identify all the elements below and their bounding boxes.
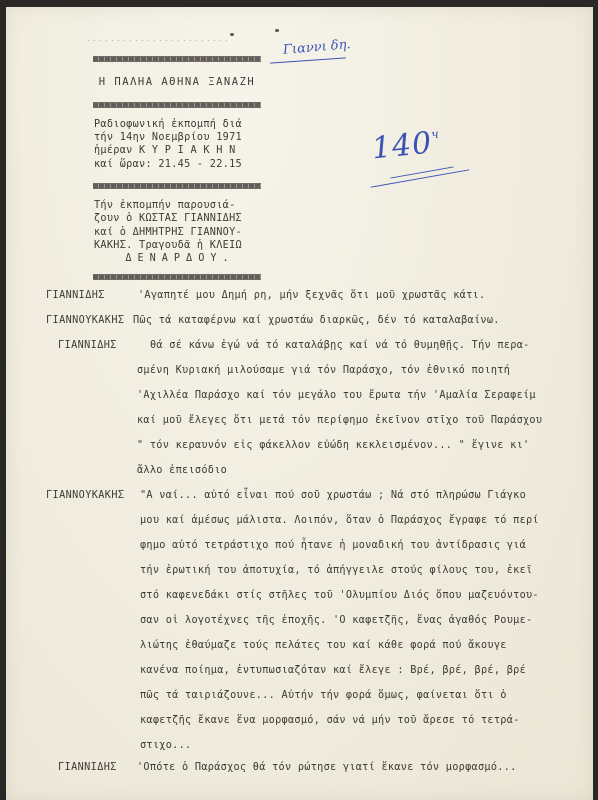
broadcast-details: Ραδιοφωνική ἐκπομπή διά τήν 14ην Νοεμβρί…: [88, 118, 266, 171]
broadcast-header: Η ΠΑΛΗΑ ΑΘΗΝΑ ΞΑΝΑΖΗ Ραδιοφωνική ἐκπομπή…: [88, 56, 266, 280]
speaker-label: ΓΙΑΝΝΙΔΗΣ: [46, 290, 105, 301]
dialogue-line: θά σέ κάνω ἐγώ νά τό καταλάβῃς καί νά τό…: [150, 340, 530, 351]
dialogue-line: 'Οπότε ὁ Παράσχος θά τόν ρώτησε γιατί ἔκ…: [137, 762, 517, 773]
dialogue-line: ἄλλο ἐπεισόδιο: [137, 465, 227, 476]
singer-name: ΔΕΝΑΡΔΟΥ.: [94, 252, 266, 265]
page-number-suffix: ч: [431, 126, 441, 141]
divider-rule: [93, 274, 261, 280]
dialogue-line: φημο αὐτό τετράστιχο πού ἦτανε ἡ μοναδικ…: [140, 540, 526, 551]
dialogue-line: καφετζῆς ἔκανε ἕνα μορφασμό, σάν νά μήν …: [140, 715, 520, 726]
divider-rule: [93, 102, 261, 108]
dialogue-line: " τόν κεραυνόν εἰς φάκελλον εὐώδη κεκλει…: [137, 440, 529, 451]
presenters-line: καί ὁ ΔΗΜΗΤΡΗΣ ΓΙΑΝΝΟΥ-: [94, 226, 266, 239]
page-number-value: 140: [370, 125, 434, 166]
presenters-line: Τήν ἐκπομπήν παρουσιά-: [94, 199, 266, 212]
dialogue-line: πῶς τά ταιριάζουνε... Αὐτήν τήν φορά ὅμω…: [140, 690, 507, 701]
dialogue-line: τήν ἐρωτική του ἀποτυχία, τό ἀπήγγειλε σ…: [140, 565, 532, 576]
speaker-label: ΓΙΑΝΝΙΔΗΣ: [58, 340, 117, 351]
dialogue-line: μου καί ἀμέσως μάλιστα. Λοιπόν, ὅταν ὁ Π…: [140, 515, 539, 526]
dialogue-line: 'Αχιλλέα Παράσχο καί τόν μεγάλο του ἔρωτ…: [137, 390, 536, 401]
dialogue-line: "Α ναί... αὐτό εἶναι πού σοῦ χρωστάω ; Ν…: [140, 490, 526, 501]
perforation-dots: [88, 40, 228, 41]
dialogue-line: Πῶς τά καταφέρνω καί χρωστάω διαρκῶς, δέ…: [133, 315, 500, 326]
dialogue-line: στιχο...: [140, 740, 191, 751]
staple-hole: [275, 29, 279, 32]
broadcast-line: τήν 14ην Νοεμβρίου 1971: [94, 131, 266, 144]
dialogue-line: κανένα ποίημα, ἐντυπωσιαζόταν καί ἔλεγε …: [140, 665, 526, 676]
dialogue-line: σαν οἱ λογοτέχνες τῆς ἐποχῆς. 'Ο καφετζῆ…: [140, 615, 532, 626]
broadcast-line: ἡμέραν Κ Υ Ρ Ι Α Κ Η Ν: [94, 144, 266, 157]
dialogue-line: σμένη Κυριακή μιλούσαμε γιά τόν Παράσχο,…: [137, 365, 510, 376]
divider-rule: [93, 183, 261, 189]
broadcast-line: Ραδιοφωνική ἐκπομπή διά: [94, 118, 266, 131]
speaker-label: ΓΙΑΝΝΙΔΗΣ: [58, 762, 117, 773]
presenters-line: ΚΑΚΗΣ. Τραγουδᾶ ἡ ΚΛΕΙΩ: [94, 239, 266, 252]
dialogue-line: 'Αγαπητέ μου Δημή ρη, μήν ξεχνᾶς ὅτι μοῦ…: [138, 290, 485, 301]
dialogue-line: λιώτης ἐθαύμαζε τούς πελάτες του καί κάθ…: [140, 640, 507, 651]
dialogue-line: στό καφενεδάκι στίς στῆλες τοῦ 'Ολυμπίου…: [140, 590, 539, 601]
broadcast-line: καί ὥραν: 21.45 - 22.15: [94, 158, 266, 171]
speaker-label: ΓΙΑΝΝΟΥΚΑΚΗΣ: [46, 490, 124, 501]
handwritten-page-number: 140ч: [370, 125, 442, 167]
divider-rule: [93, 56, 261, 62]
staple-hole: [230, 33, 234, 36]
dialogue-line: καί μοῦ ἔλεγες ὅτι μετά τόν περίφημο ἐκε…: [137, 415, 542, 426]
presenters-block: Τήν ἐκπομπήν παρουσιά- ζουν ὁ ΚΩΣΤΑΣ ΓΙΑ…: [88, 199, 266, 266]
presenters-line: ζουν ὁ ΚΩΣΤΑΣ ΓΙΑΝΝΙΔΗΣ: [94, 212, 266, 225]
speaker-label: ΓΙΑΝΝΟΥΚΑΚΗΣ: [46, 315, 124, 326]
program-title: Η ΠΑΛΗΑ ΑΘΗΝΑ ΞΑΝΑΖΗ: [88, 76, 266, 88]
